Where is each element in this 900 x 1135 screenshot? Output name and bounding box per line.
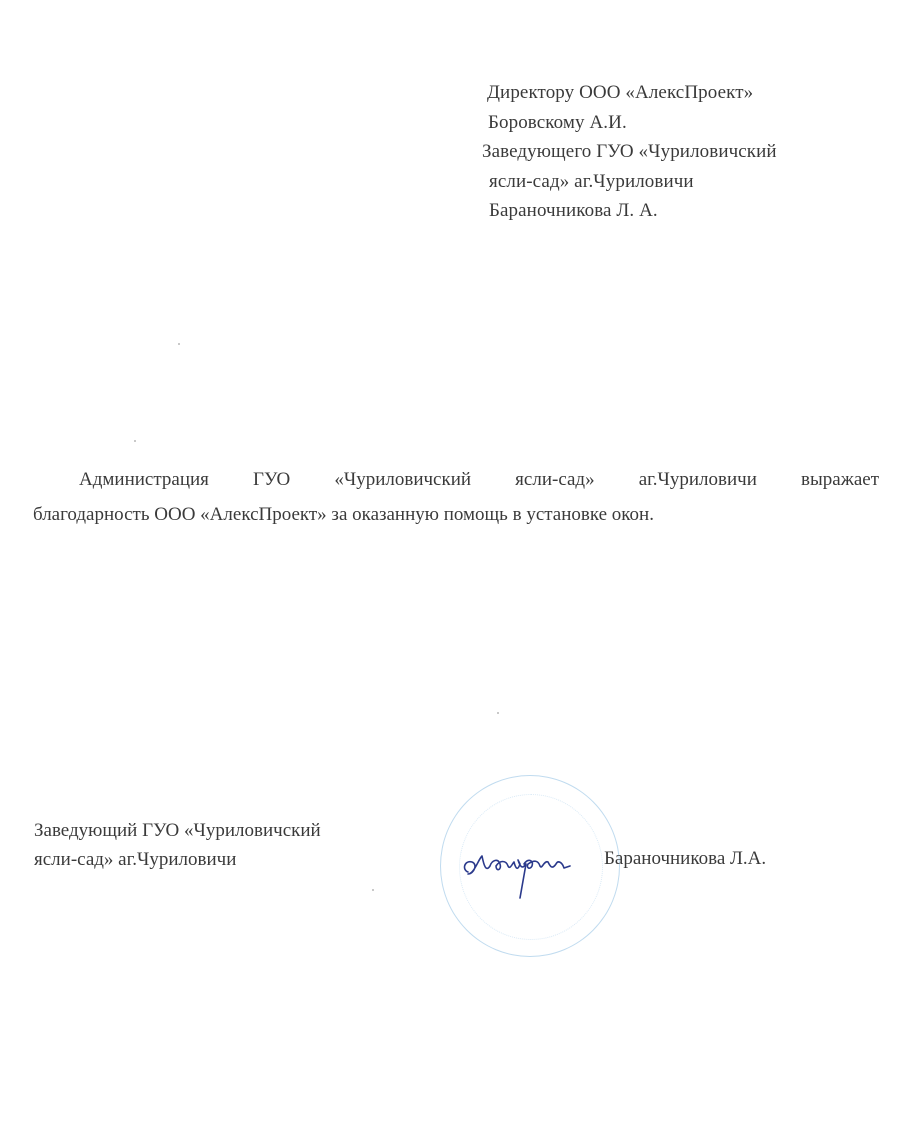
body-line-1: Администрация ГУО «Чуриловичский ясли-са… [33, 462, 879, 497]
signer-name: Бараночникова Л.А. [604, 848, 766, 870]
signer-position: Заведующий ГУО «Чуриловичский ясли-сад» … [34, 816, 321, 874]
signer-position-line: Заведующий ГУО «Чуриловичский [34, 816, 321, 845]
addressee-line: Директору ООО «АлексПроект» [482, 78, 777, 108]
scan-speck [497, 712, 499, 714]
scan-speck [178, 343, 180, 345]
addressee-line: Боровскому А.И. [482, 108, 777, 138]
letter-body: Администрация ГУО «Чуриловичский ясли-са… [33, 462, 879, 532]
scan-speck [134, 440, 136, 442]
body-line-2: благодарность ООО «АлексПроект» за оказа… [33, 497, 879, 532]
addressee-line: ясли-сад» аг.Чуриловичи [482, 167, 777, 197]
signer-position-line: ясли-сад» аг.Чуриловичи [34, 845, 321, 874]
letter-page: Директору ООО «АлексПроект» Боровскому А… [0, 0, 900, 1135]
addressee-line: Бараночникова Л. А. [482, 196, 777, 226]
handwritten-signature-icon [460, 830, 600, 900]
addressee-block: Директору ООО «АлексПроект» Боровскому А… [482, 78, 777, 226]
addressee-line: Заведующего ГУО «Чуриловичский [482, 137, 777, 167]
scan-speck [372, 889, 374, 891]
